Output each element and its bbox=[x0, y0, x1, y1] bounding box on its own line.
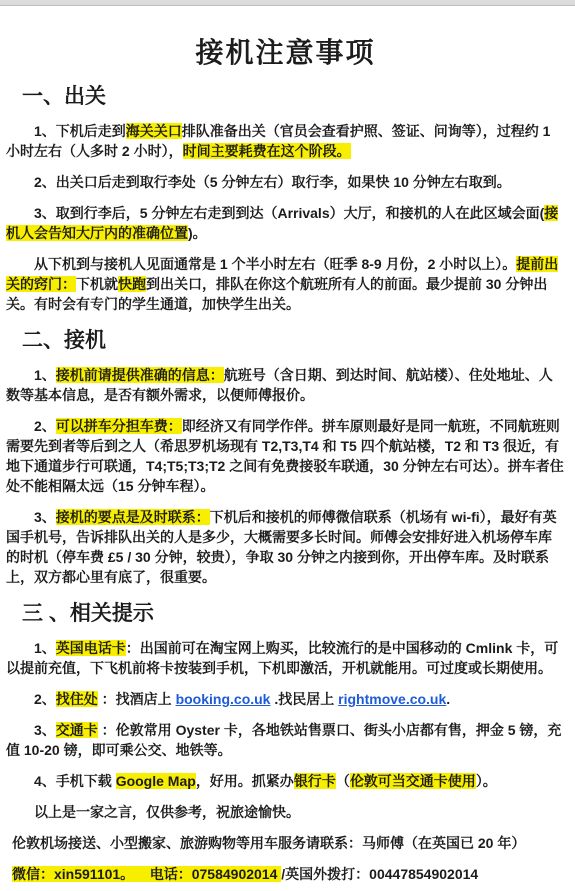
document-title: 接机注意事项 bbox=[6, 36, 565, 70]
text-run: 下机就 bbox=[76, 276, 118, 292]
highlighted-text: 可以拼车分担车费： bbox=[56, 418, 182, 434]
section-3-item-4: 4、手机下载 Google Map，好用。抓紧办银行卡（伦敦可当交通卡使用）。 bbox=[6, 771, 565, 791]
text-run: 以上是一家之言，仅供参考，祝旅途愉快。 bbox=[34, 804, 300, 820]
highlighted-text: 海关关口 bbox=[126, 123, 182, 139]
text-run: 2、 bbox=[34, 418, 56, 434]
highlighted-text: 交通卡 bbox=[56, 722, 98, 738]
text-run: 2、出关口后走到取行李处（5 分钟左右）取行李，如果快 10 分钟左右取到。 bbox=[34, 174, 511, 190]
highlighted-text: Google Map bbox=[116, 773, 196, 789]
section-3-heading: 三 、相关提示 bbox=[22, 601, 565, 627]
contact-info-line: 微信：xin591101。 电话：07584902014 /英国外拨打：0044… bbox=[6, 864, 565, 884]
text-run: 1、下机后走到 bbox=[34, 123, 126, 139]
text-run: 3、取到行李后，5 分钟左右走到到达（Arrivals）大厅，和接机的人在此区域… bbox=[34, 205, 544, 221]
highlighted-text: 找住处 bbox=[56, 691, 98, 707]
text-run: 2、 bbox=[34, 691, 56, 707]
text-run: 一、出关 bbox=[22, 85, 106, 108]
text-run: 从下机到与接机人见面通常是 1 个半小时左右（旺季 8-9 月份，2 小时以上）… bbox=[34, 256, 516, 272]
text-run: 接机注意事项 bbox=[195, 37, 375, 68]
link-booking.co.uk[interactable]: booking.co.uk bbox=[176, 691, 271, 707]
text-run: 4、手机下载 bbox=[34, 773, 116, 789]
highlighted-text: 伦敦可当交通卡使用 bbox=[350, 773, 476, 789]
link-rightmove.co.uk[interactable]: rightmove.co.uk bbox=[338, 691, 446, 707]
text-run: 3、 bbox=[34, 722, 56, 738]
text-run: . bbox=[446, 691, 450, 707]
section-2-item-2: 2、可以拼车分担车费：即经济又有同学作伴。拼车原则最好是同一航班，不同航班则需要… bbox=[6, 416, 565, 496]
service-contact-line: 伦敦机场接送、小型搬家、旅游购物等用车服务请联系：马师傅（在英国已 20 年） bbox=[6, 833, 565, 853]
text-run: /英国外拨打：00447854902014 bbox=[281, 866, 478, 882]
text-run: 1、 bbox=[34, 367, 56, 383]
section-2-item-1: 1、接机前请提供准确的信息：航班号（含日期、到达时间、航站楼）、住处地址、人数等… bbox=[6, 365, 565, 405]
text-run: 二、接机 bbox=[22, 329, 106, 352]
highlighted-text: 英国电话卡 bbox=[56, 640, 126, 656]
highlighted-text: 银行卡 bbox=[294, 773, 336, 789]
section-3-item-1: 1、英国电话卡：出国前可在淘宝网上购买，比较流行的是中国移动的 Cmlink 卡… bbox=[6, 638, 565, 678]
closing-note: 以上是一家之言，仅供参考，祝旅途愉快。 bbox=[6, 802, 565, 822]
highlighted-text: 接机前请提供准确的信息： bbox=[56, 367, 224, 383]
text-run: )。 bbox=[188, 225, 207, 241]
section-1-item-2: 2、出关口后走到取行李处（5 分钟左右）取行李，如果快 10 分钟左右取到。 bbox=[6, 172, 565, 192]
section-1-tip: 从下机到与接机人见面通常是 1 个半小时左右（旺季 8-9 月份，2 小时以上）… bbox=[6, 254, 565, 314]
text-run: ：找酒店上 bbox=[98, 691, 176, 707]
section-1-heading: 一、出关 bbox=[22, 84, 565, 110]
section-3-item-2: 2、找住处 ：找酒店上 booking.co.uk .找民居上 rightmov… bbox=[6, 689, 565, 709]
text-run: 三 、相关提示 bbox=[22, 602, 154, 625]
text-run: 伦敦机场接送、小型搬家、旅游购物等用车服务请联系：马师傅（在英国已 20 年） bbox=[12, 835, 525, 851]
text-run: ，好用。抓紧办 bbox=[196, 773, 294, 789]
section-2-heading: 二、接机 bbox=[22, 328, 565, 354]
highlighted-text: 时间主要耗费在这个阶段。 bbox=[183, 143, 351, 159]
section-2-item-3: 3、接机的要点是及时联系：下机后和接机的师傅微信联系（机场有 wi-fi），最好… bbox=[6, 507, 565, 587]
highlighted-text: 微信：xin591101。 电话：07584902014 bbox=[12, 866, 281, 882]
text-run: 3、 bbox=[34, 509, 56, 525]
text-run: ）。 bbox=[476, 773, 497, 789]
document-page: 接机注意事项一、出关1、下机后走到海关关口排队准备出关（官员会查看护照、签证、问… bbox=[0, 6, 575, 884]
text-run: .找民居上 bbox=[270, 691, 338, 707]
text-run: （ bbox=[336, 773, 350, 789]
highlighted-text: 快跑 bbox=[118, 276, 146, 292]
section-1-item-1: 1、下机后走到海关关口排队准备出关（官员会查看护照、签证、问询等），过程约 1 … bbox=[6, 121, 565, 161]
section-3-item-3: 3、交通卡 ：伦敦常用 Oyster 卡，各地铁站售票口、街头小店都有售，押金 … bbox=[6, 720, 565, 760]
highlighted-text: 接机的要点是及时联系： bbox=[56, 509, 210, 525]
text-run: 1、 bbox=[34, 640, 56, 656]
section-1-item-3: 3、取到行李后，5 分钟左右走到到达（Arrivals）大厅，和接机的人在此区域… bbox=[6, 203, 565, 243]
document-body: 接机注意事项一、出关1、下机后走到海关关口排队准备出关（官员会查看护照、签证、问… bbox=[6, 36, 565, 884]
